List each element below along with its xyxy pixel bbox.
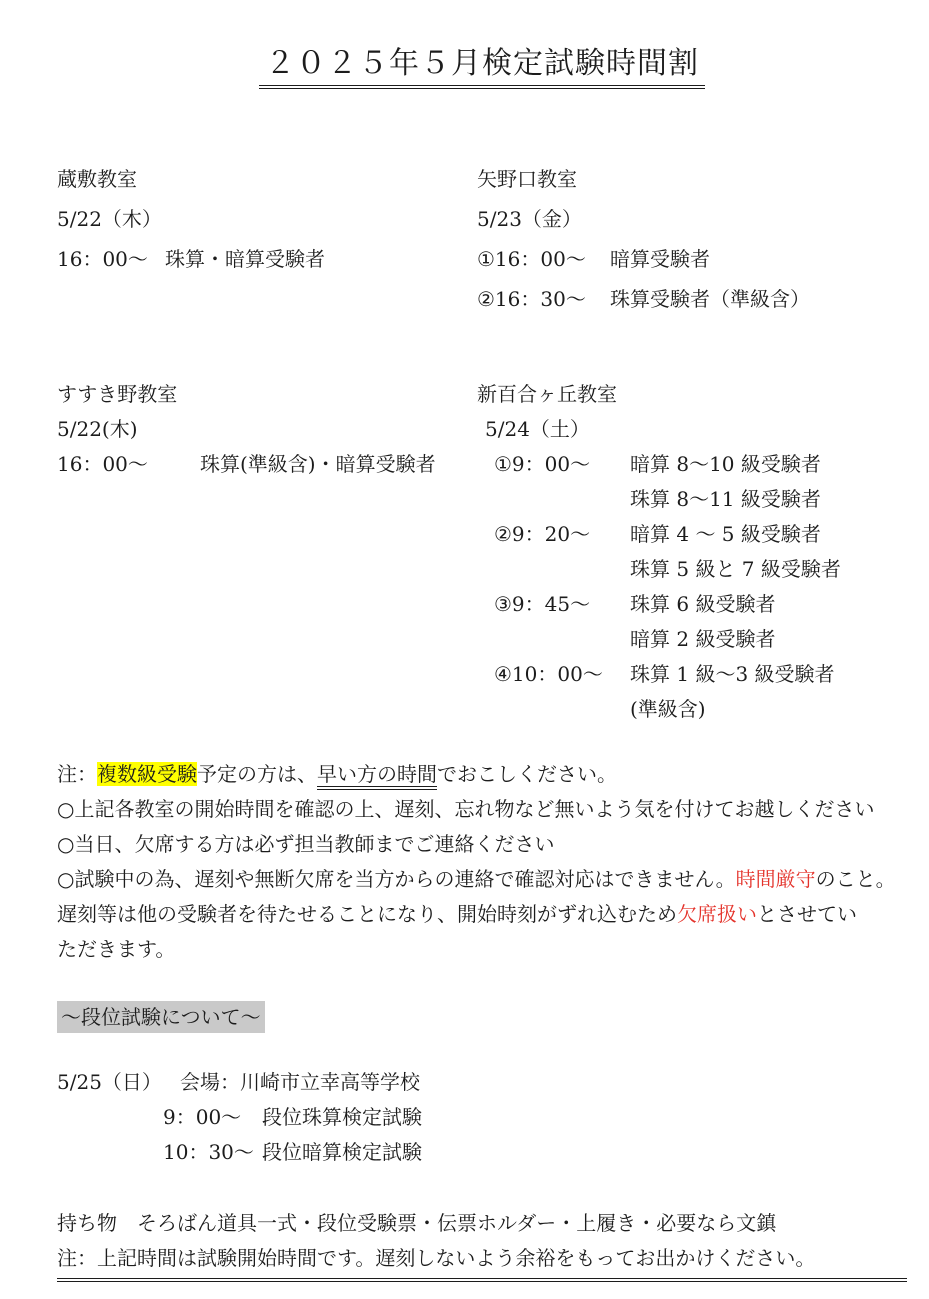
- dan-date-venue: 5/25（日） 会場：川崎市立幸高等学校: [57, 1065, 907, 1100]
- note-prefix: 注：: [57, 762, 97, 786]
- schedule-entry: ④10：00～ 珠算 1 級～3 級受験者: [494, 657, 907, 692]
- time-label: [494, 482, 630, 517]
- note-multiple-levels: 注：複数級受験予定の方は、早い方の時間でおこしください。: [57, 757, 907, 792]
- classroom-name: すすき野教室: [57, 377, 477, 412]
- classroom-name: 矢野口教室: [477, 159, 907, 199]
- dan-exam-block: 5/25（日） 会場：川崎市立幸高等学校 9：00～ 段位珠算検定試験 10：3…: [57, 1065, 907, 1170]
- session-desc: 段位暗算検定試験: [262, 1135, 422, 1170]
- time-label: 16：00～: [57, 239, 165, 279]
- schedule-row-1: 蔵敷教室 5/22（木） 16：00～ 珠算・暗算受験者 矢野口教室 5/23（…: [57, 159, 907, 319]
- classroom-section-susukino: すすき野教室 5/22(木) 16：00～ 珠算(準級含)・暗算受験者: [57, 377, 477, 727]
- schedule-entry: ②16：30～ 珠算受験者（準級含）: [477, 279, 907, 319]
- note-post: とさせてい: [757, 902, 857, 926]
- session-desc: 珠算 5 級と 7 級受験者: [630, 552, 841, 587]
- note-lateness: 遅刻等は他の受験者を待たせることになり、開始時刻がずれ込むため欠席扱いとさせてい: [57, 897, 907, 932]
- note-pre: ○試験中の為、遅刻や無断欠席を当方からの連絡で確認対応はできません。: [57, 867, 736, 891]
- classroom-section-kurashiki: 蔵敷教室 5/22（木） 16：00～ 珠算・暗算受験者: [57, 159, 477, 319]
- dan-schedule-entry: 9：00～ 段位珠算検定試験: [57, 1100, 907, 1135]
- title-row: ２０２５年５月検定試験時間割: [57, 38, 907, 89]
- time-label: ④10：00～: [494, 657, 630, 692]
- schedule-row-2: すすき野教室 5/22(木) 16：00～ 珠算(準級含)・暗算受験者 新百合ヶ…: [57, 377, 907, 727]
- session-desc: 段位珠算検定試験: [262, 1100, 422, 1135]
- session-desc: 珠算 8～11 級受験者: [630, 482, 821, 517]
- session-desc: 暗算受験者: [610, 239, 710, 279]
- time-label: 10：30～: [163, 1135, 262, 1170]
- session-desc: 珠算・暗算受験者: [165, 239, 325, 279]
- session-desc: 珠算 6 級受験者: [630, 587, 775, 622]
- underlined-text: 早い方の時間: [317, 762, 437, 790]
- final-warning-line: 注：上記時間は試験開始時間です。遅刻しないよう余裕をもってお出かけください。: [57, 1241, 907, 1282]
- session-desc: 珠算(準級含)・暗算受験者: [200, 447, 436, 482]
- dan-date: 5/25（日）: [57, 1065, 180, 1100]
- time-label: ①16：00～: [477, 239, 610, 279]
- time-label: ②9：20～: [494, 517, 630, 552]
- session-desc: 珠算受験者（準級含）: [610, 279, 810, 319]
- session-desc: (準級含): [630, 692, 706, 727]
- schedule-entry: 珠算 8～11 級受験者: [494, 482, 907, 517]
- time-label: ③9：45～: [494, 587, 630, 622]
- schedule-entries: ①9：00～ 暗算 8～10 級受験者 珠算 8～11 級受験者 ②9：20～ …: [477, 447, 907, 727]
- classroom-section-yanokuchi: 矢野口教室 5/23（金） ①16：00～ 暗算受験者 ②16：30～ 珠算受験…: [477, 159, 907, 319]
- classroom-section-shinyurigaoka: 新百合ヶ丘教室 5/24（土） ①9：00～ 暗算 8～10 級受験者 珠算 8…: [477, 377, 907, 727]
- session-desc: 暗算 2 級受験者: [630, 622, 775, 657]
- classroom-date: 5/22（木）: [57, 199, 477, 239]
- note-post: のこと。: [816, 867, 896, 891]
- note-pre: 遅刻等は他の受験者を待たせることになり、開始時刻がずれ込むため: [57, 902, 677, 926]
- schedule-entry: ①16：00～ 暗算受験者: [477, 239, 907, 279]
- red-text-absence: 欠席扱い: [677, 902, 757, 926]
- classroom-date: 5/23（金）: [477, 199, 907, 239]
- time-label: ①9：00～: [494, 447, 630, 482]
- classroom-name: 蔵敷教室: [57, 159, 477, 199]
- time-label: [494, 552, 630, 587]
- dan-venue: 会場：川崎市立幸高等学校: [180, 1065, 420, 1100]
- time-label: [494, 622, 630, 657]
- dan-section-heading: ～段位試験について～: [57, 1001, 265, 1033]
- page-title: ２０２５年５月検定試験時間割: [259, 38, 705, 89]
- schedule-entry: ①9：00～ 暗算 8～10 級受験者: [494, 447, 907, 482]
- classroom-date: 5/22(木): [57, 412, 477, 447]
- notes-block: 注：複数級受験予定の方は、早い方の時間でおこしください。 ○上記各教室の開始時間…: [57, 757, 907, 967]
- session-desc: 暗算 8～10 級受験者: [630, 447, 821, 482]
- time-label: ②16：30～: [477, 279, 610, 319]
- document-page: ２０２５年５月検定試験時間割 蔵敷教室 5/22（木） 16：00～ 珠算・暗算…: [0, 0, 929, 1299]
- time-label: 9：00～: [163, 1100, 262, 1135]
- note-suffix: でおこしください。: [437, 762, 617, 786]
- time-label: [494, 692, 630, 727]
- classroom-name: 新百合ヶ丘教室: [477, 377, 907, 412]
- classroom-date: 5/24（土）: [477, 412, 907, 447]
- schedule-entry: (準級含): [494, 692, 907, 727]
- session-desc: 珠算 1 級～3 級受験者: [630, 657, 835, 692]
- note-continuation: ただきます。: [57, 932, 907, 967]
- note-absence-contact: ○当日、欠席する方は必ず担当教師までご連絡ください: [57, 827, 907, 862]
- schedule-entry: 16：00～ 珠算(準級含)・暗算受験者: [57, 447, 477, 482]
- footer-block: 持ち物 そろばん道具一式・段位受験票・伝票ホルダー・上履き・必要なら文鎮 注：上…: [57, 1206, 907, 1282]
- schedule-entry: ②9：20～ 暗算 4 ～ 5 級受験者: [494, 517, 907, 552]
- dan-schedule-entry: 10：30～ 段位暗算検定試験: [57, 1135, 907, 1170]
- note-check-start-time: ○上記各教室の開始時間を確認の上、遅刻、忘れ物など無いよう気を付けてお越しくださ…: [57, 792, 907, 827]
- schedule-entry: 16：00～ 珠算・暗算受験者: [57, 239, 477, 279]
- time-label: 16：00～: [57, 447, 200, 482]
- belongings-line: 持ち物 そろばん道具一式・段位受験票・伝票ホルダー・上履き・必要なら文鎮: [57, 1206, 907, 1241]
- red-text-punctuality: 時間厳守: [736, 867, 816, 891]
- note-punctuality: ○試験中の為、遅刻や無断欠席を当方からの連絡で確認対応はできません。時間厳守のこ…: [57, 862, 907, 897]
- dan-heading-row: ～段位試験について～: [57, 1001, 907, 1033]
- note-mid: 予定の方は、: [197, 762, 317, 786]
- highlighted-text: 複数級受験: [97, 762, 197, 786]
- schedule-entry: 暗算 2 級受験者: [494, 622, 907, 657]
- schedule-entry: 珠算 5 級と 7 級受験者: [494, 552, 907, 587]
- schedule-entry: ③9：45～ 珠算 6 級受験者: [494, 587, 907, 622]
- session-desc: 暗算 4 ～ 5 級受験者: [630, 517, 821, 552]
